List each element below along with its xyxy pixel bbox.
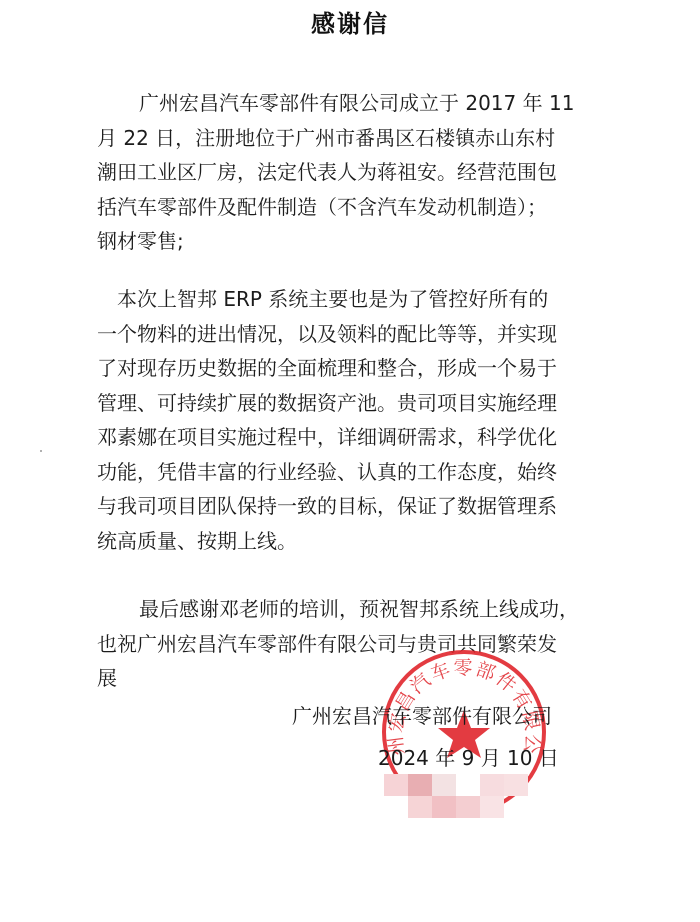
paragraph-company-intro: 广州宏昌汽车零部件有限公司成立于 2017 年 11 月 22 日，注册地位于广… xyxy=(97,86,617,259)
text-line: 月 22 日，注册地位于广州市番禺区石楼镇赤山东村 xyxy=(97,121,617,156)
redacted-region xyxy=(384,774,554,824)
text-line: 功能，凭借丰富的行业经验、认真的工作态度，始终 xyxy=(97,455,617,490)
text-line: 最后感谢邓老师的培训，预祝智邦系统上线成功， xyxy=(97,592,617,627)
text-line: 管理、可持续扩展的数据资产池。贵司项目实施经理 xyxy=(97,386,617,421)
text-line: 一个物料的进出情况，以及领料的配比等等，并实现 xyxy=(97,317,617,352)
paragraph-erp-project: 本次上智邦 ERP 系统主要也是为了管控好所有的 一个物料的进出情况，以及领料的… xyxy=(97,282,617,558)
text-line: 了对现存历史数据的全面梳理和整合，形成一个易于 xyxy=(97,351,617,386)
text-line: 与我司项目团队保持一致的目标，保证了数据管理系 xyxy=(97,489,617,524)
signature-company: 广州宏昌汽车零部件有限公司 xyxy=(292,700,552,729)
text-line: 邓素娜在项目实施过程中，详细调研需求，科学优化 xyxy=(97,420,617,455)
text-line: 广州宏昌汽车零部件有限公司成立于 2017 年 11 xyxy=(97,86,617,121)
text-line: 统高质量、按期上线。 xyxy=(97,524,617,559)
signature-date: 2024 年 9 月 10 日 xyxy=(378,742,559,771)
text-line: 潮田工业区厂房，法定代表人为蒋祖安。经营范围包 xyxy=(97,155,617,190)
scan-speck xyxy=(40,450,42,452)
letter-title: 感谢信 xyxy=(0,4,700,39)
text-line: 本次上智邦 ERP 系统主要也是为了管控好所有的 xyxy=(97,282,617,317)
text-line: 钢材零售; xyxy=(97,224,617,259)
text-line: 括汽车零部件及配件制造（不含汽车发动机制造）； xyxy=(97,190,617,225)
